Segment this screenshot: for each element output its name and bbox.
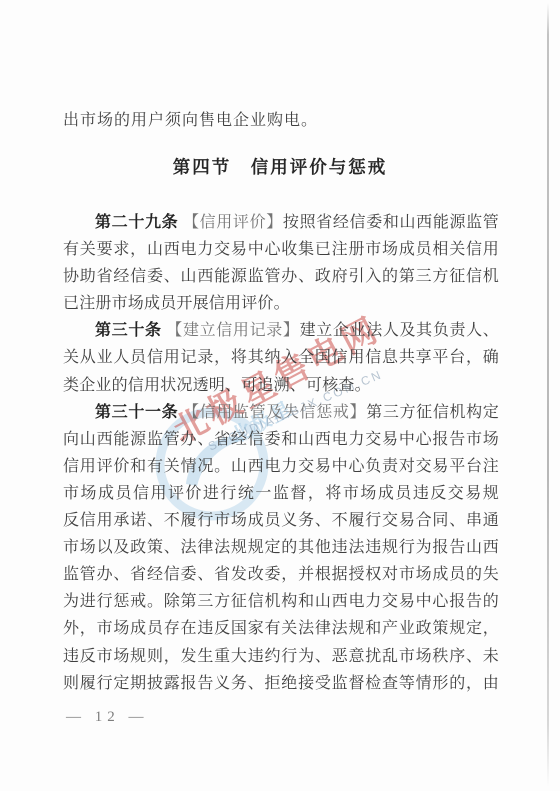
text-line: 市场成员信用评价进行统一监督，将市场成员违反交易规则、违 xyxy=(63,480,499,507)
text-segment: 向山西能源监管办、省经信委和山西电力交易中心报告市场成员 xyxy=(63,431,499,453)
body-lines: 第二十九条 【信用评价】按照省经信委和山西能源监管办有关要求，山西电力交易中心收… xyxy=(63,209,499,697)
text-segment: 监管办、省经信委、省发改委，并根据授权对市场成员的失信行 xyxy=(63,566,499,588)
text-line: 市场以及政策、法律法规规定的其他违法违规行为报告山西能源 xyxy=(63,534,499,561)
text-segment: 违反市场规则，发生重大违约行为、恶意扰乱市场秩序、未按规 xyxy=(63,648,499,670)
text-line: 第二十九条 【信用评价】按照省经信委和山西能源监管办 xyxy=(63,209,499,236)
article-number: 第三十条 xyxy=(95,322,166,339)
text-segment: 反信用承诺、不履行市场成员义务、不履行交易合同、串通操控 xyxy=(63,512,499,534)
text-line: 向山西能源监管办、省经信委和山西电力交易中心报告市场成员 xyxy=(63,426,499,453)
page-number: — 12 — xyxy=(66,705,149,729)
text-segment: 有关要求，山西电力交易中心收集已注册市场成员相关信用信息， xyxy=(63,241,499,263)
text-line: 外，市场成员存在违反国家有关法律法规和产业政策规定，严重 xyxy=(63,615,499,642)
text-line: 监管办、省经信委、省发改委，并根据授权对市场成员的失信行 xyxy=(63,561,499,588)
text-line: 类企业的信用状况透明、可追溯、可核查。 xyxy=(63,372,499,399)
text-line: 已注册市场成员开展信用评价。 xyxy=(63,290,499,317)
text-line: 关从业人员信用记录，将其纳入全国信用信息共享平台，确保各 xyxy=(63,344,499,371)
text-segment: 外，市场成员存在违反国家有关法律法规和产业政策规定，严重 xyxy=(63,620,499,642)
article-number: 第三十一条 xyxy=(95,404,183,421)
article-tag: 【建立信用记录】 xyxy=(166,322,299,339)
text-segment: 类企业的信用状况透明、可追溯、可核查。 xyxy=(63,377,371,394)
text-segment: 已注册市场成员开展信用评价。 xyxy=(63,295,290,312)
document-page: 北极星 北极星售电网 SHOUDIAN.BJX.COM.CN 出市场的用户须向售… xyxy=(0,0,560,791)
article-number: 第二十九条 xyxy=(95,214,183,231)
text-line: 反信用承诺、不履行市场成员义务、不履行交易合同、串通操控 xyxy=(63,507,499,534)
text-line: 则履行定期披露报告义务、拒绝接受监督检查等情形的，由山西 xyxy=(63,670,499,697)
text-line: 有关要求，山西电力交易中心收集已注册市场成员相关信用信息， xyxy=(63,236,499,263)
text-segment: 信用评价和有关情况。山西电力交易中心负责对交易平台注册的 xyxy=(63,458,499,480)
text-line: 协助省经信委、山西能源监管办、政府引入的第三方征信机构对 xyxy=(63,263,499,290)
section-heading: 第四节 信用评价与惩戒 xyxy=(0,154,560,181)
text-segment: 为进行惩戒。除第三方征信机构和山西电力交易中心报告的情况 xyxy=(63,593,499,615)
text-line: 信用评价和有关情况。山西电力交易中心负责对交易平台注册的 xyxy=(63,453,499,480)
article-tag: 【信用监管及失信惩戒】 xyxy=(183,404,366,421)
article-tag: 【信用评价】 xyxy=(183,214,283,231)
scan-edge-line xyxy=(547,3,549,787)
text-segment: 则履行定期披露报告义务、拒绝接受监督检查等情形的，由山西 xyxy=(63,675,499,697)
text-line: 违反市场规则，发生重大违约行为、恶意扰乱市场秩序、未按规 xyxy=(63,643,499,670)
intro-line: 出市场的用户须向售电企业购电。 xyxy=(63,107,499,134)
text-segment: 市场以及政策、法律法规规定的其他违法违规行为报告山西能源 xyxy=(63,539,499,561)
text-segment: 协助省经信委、山西能源监管办、政府引入的第三方征信机构对 xyxy=(63,268,499,290)
text-segment: 关从业人员信用记录，将其纳入全国信用信息共享平台，确保各 xyxy=(63,349,499,371)
text-segment: 市场成员信用评价进行统一监督，将市场成员违反交易规则、违 xyxy=(63,485,499,507)
text-line: 第三十条 【建立信用记录】建立企业法人及其负责人、相 xyxy=(63,317,499,344)
text-line: 为进行惩戒。除第三方征信机构和山西电力交易中心报告的情况 xyxy=(63,588,499,615)
text-line: 第三十一条 【信用监管及失信惩戒】第三方征信机构定期 xyxy=(63,399,499,426)
